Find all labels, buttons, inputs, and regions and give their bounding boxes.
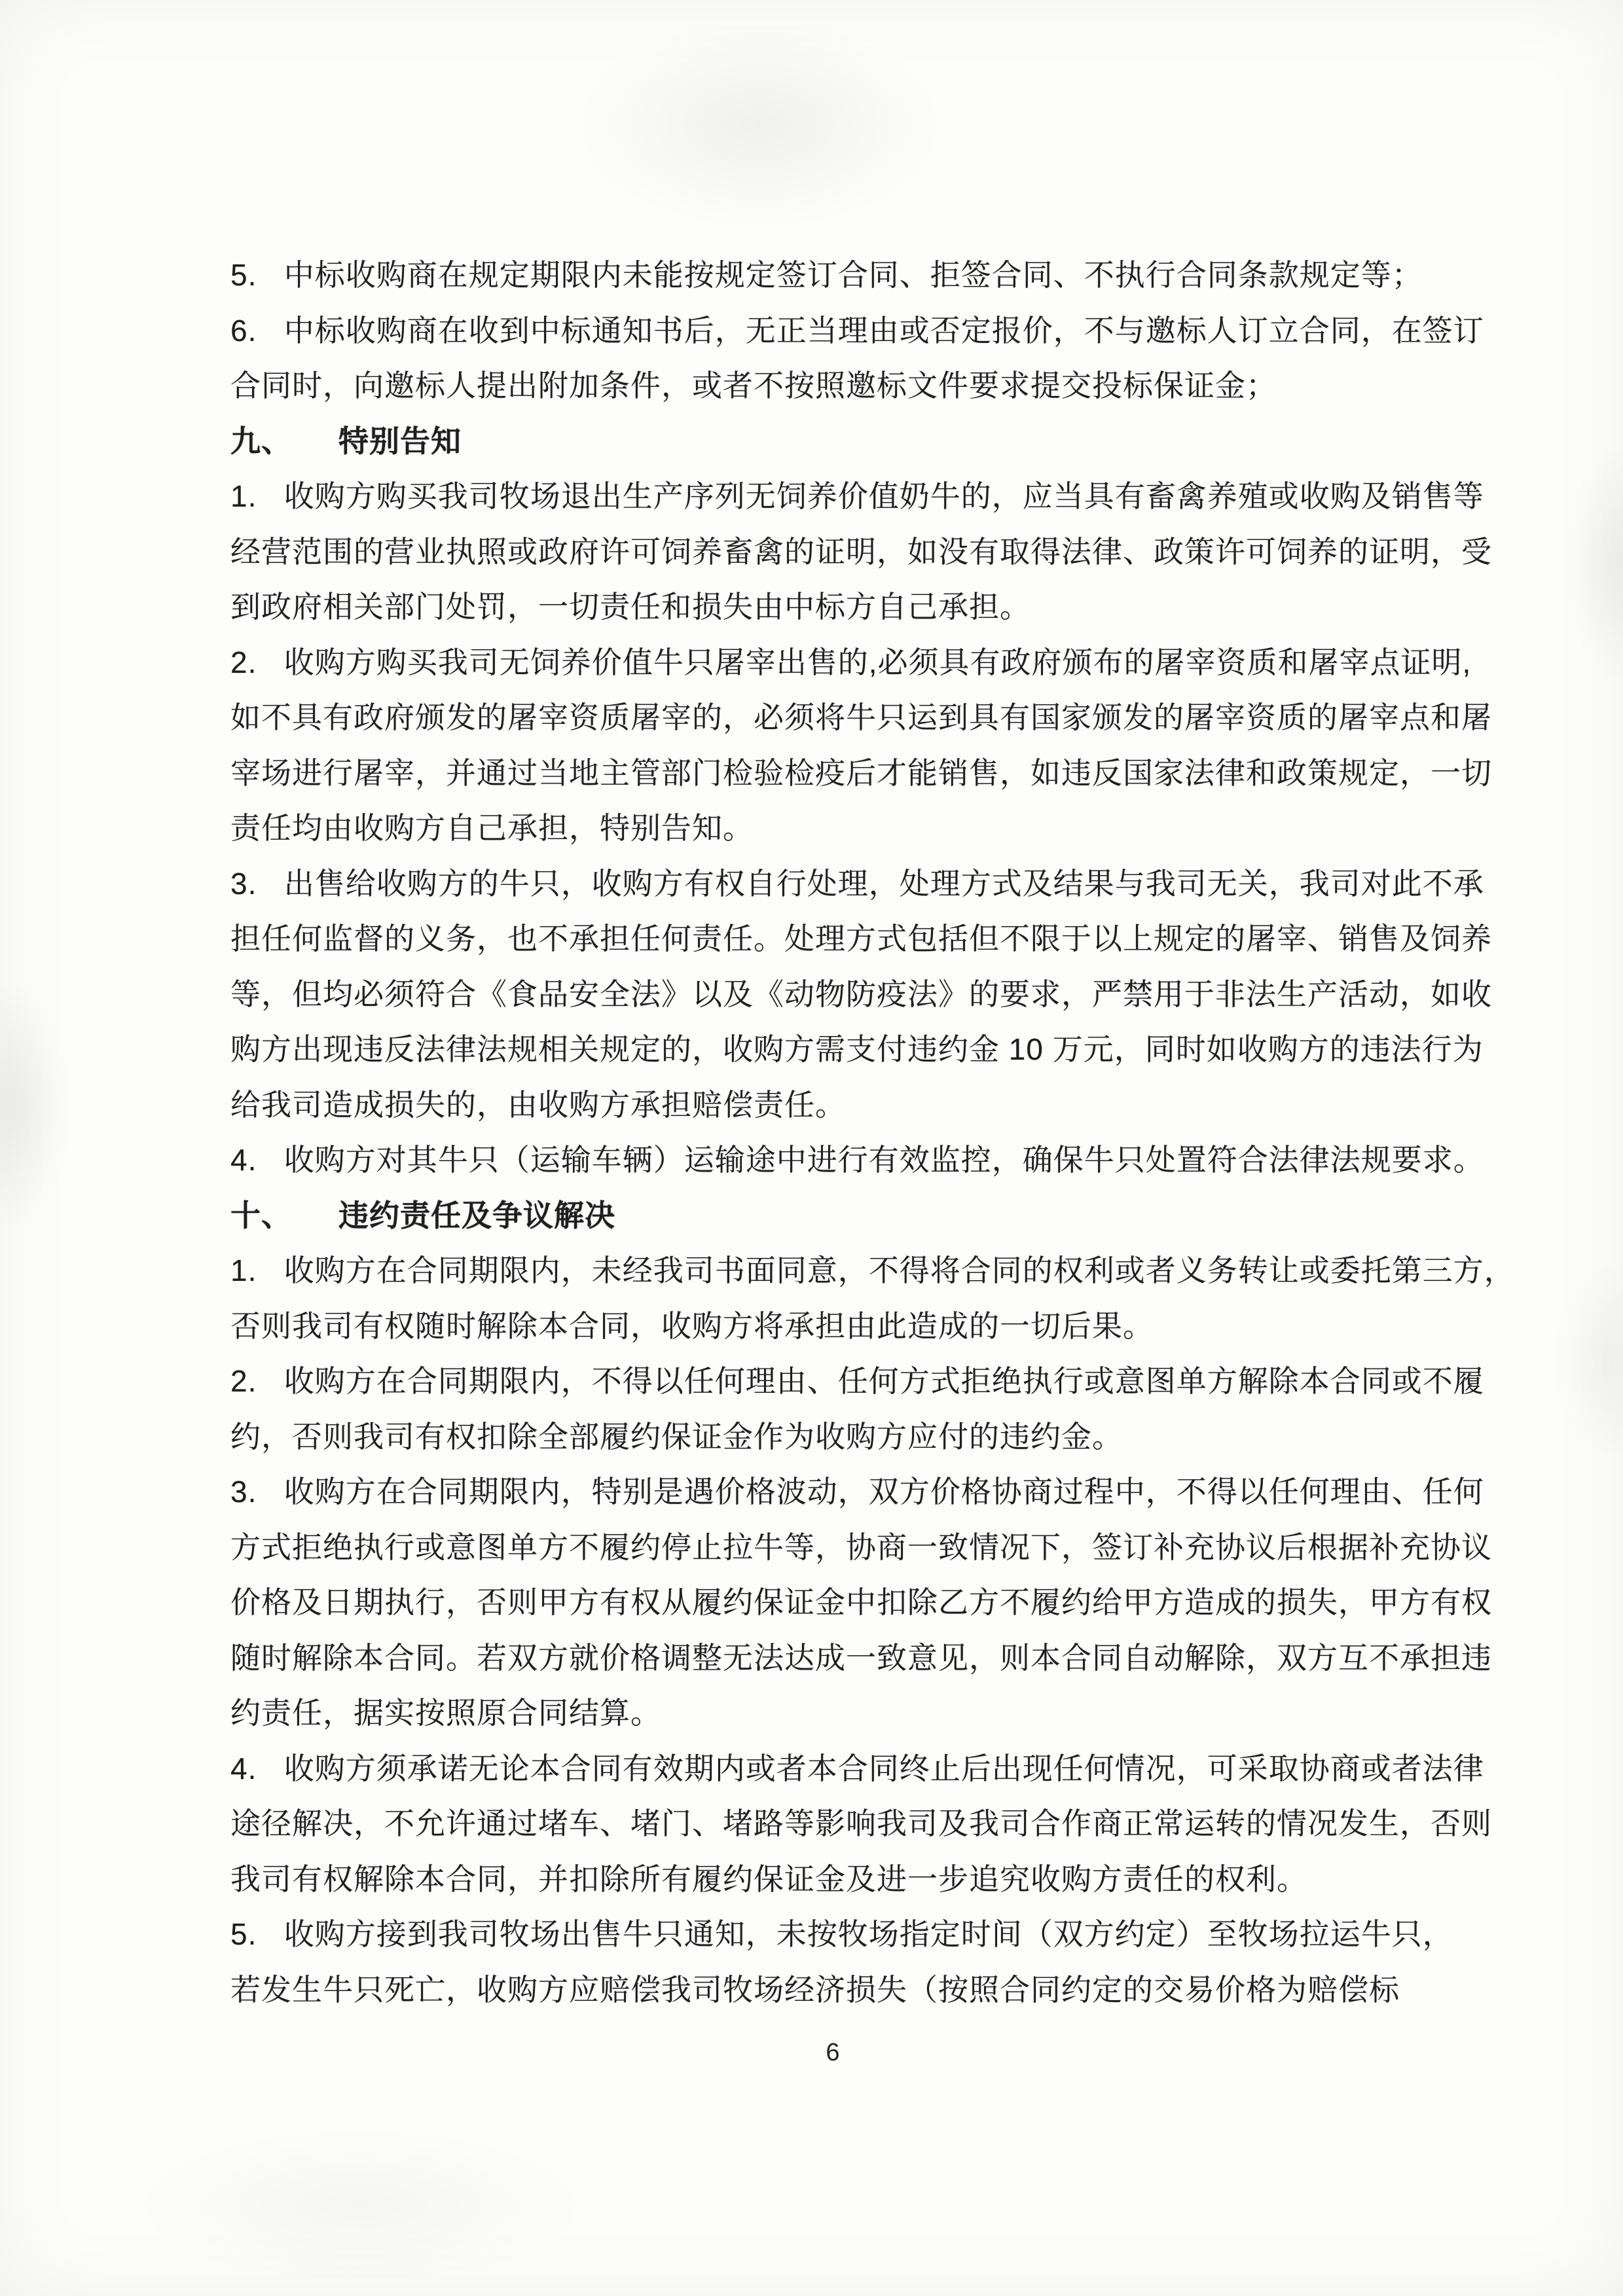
section-heading-breach-liability: 十、 违约责任及争议解决 <box>230 1188 1435 1244</box>
contract-line: 1. 收购方购买我司牧场退出生产序列无饲养价值奶牛的，应当具有畜禽养殖或收购及销… <box>230 469 1435 524</box>
page-number: 6 <box>230 2033 1435 2072</box>
contract-line: 1. 收购方在合同期限内，未经我司书面同意，不得将合同的权利或者义务转让或委托第… <box>230 1243 1435 1299</box>
scan-artifact <box>131 2127 589 2284</box>
contract-text-block: 5. 中标收购商在规定期限内未能按规定签订合同、拒签合同、不执行合同条款规定等；… <box>230 247 1435 2017</box>
scan-artifact <box>576 20 943 229</box>
contract-line: 途径解决，不允许通过堵车、堵门、堵路等影响我司及我司合作商正常运转的情况发生，否… <box>230 1796 1435 1852</box>
contract-line: 5. 收购方接到我司牧场出售牛只通知，未按牧场指定时间（双方约定）至牧场拉运牛只… <box>230 1907 1435 1962</box>
contract-line: 到政府相关部门处罚，一切责任和损失由中标方自己承担。 <box>230 579 1435 635</box>
contract-line: 约责任，据实按照原合同结算。 <box>230 1685 1435 1741</box>
contract-line: 给我司造成损失的，由收购方承担赔偿责任。 <box>230 1077 1435 1133</box>
contract-line: 责任均由收购方自己承担，特别告知。 <box>230 800 1435 856</box>
contract-line: 我司有权解除本合同，并扣除所有履约保证金及进一步追究收购方责任的权利。 <box>230 1852 1435 1907</box>
scan-artifact <box>1552 1263 1623 1460</box>
contract-line: 若发生牛只死亡，收购方应赔偿我司牧场经济损失（按照合同约定的交易价格为赔偿标 <box>230 1962 1435 2018</box>
scanned-contract-page: 5. 中标收购商在规定期限内未能按规定签订合同、拒签合同、不执行合同条款规定等；… <box>0 0 1623 2296</box>
contract-line: 3. 收购方在合同期限内，特别是遇价格波动，双方价格协商过程中，不得以任何理由、… <box>230 1464 1435 1520</box>
contract-line: 2. 收购方在合同期限内，不得以任何理由、任何方式拒绝执行或意图单方解除本合同或… <box>230 1354 1435 1409</box>
contract-line: 等，但均必须符合《食品安全法》以及《动物防疫法》的要求，严禁用于非法生产活动，如… <box>230 967 1435 1022</box>
contract-line: 宰场进行屠宰，并通过当地主管部门检验检疫后才能销售，如违反国家法律和政策规定，一… <box>230 745 1435 801</box>
scan-artifact <box>1565 445 1623 681</box>
contract-line: 6. 中标收购商在收到中标通知书后，无正当理由或否定报价，不与邀标人订立合同，在… <box>230 303 1435 359</box>
contract-line: 3. 出售给收购方的牛只，收购方有权自行处理，处理方式及结果与我司无关，我司对此… <box>230 856 1435 912</box>
contract-line: 否则我司有权随时解除本合同，收购方将承担由此造成的一切后果。 <box>230 1299 1435 1354</box>
contract-line: 4. 收购方对其牛只（运输车辆）运输途中进行有效监控，确保牛只处置符合法律法规要… <box>230 1132 1435 1188</box>
contract-line: 合同时，向邀标人提出附加条件，或者不按照邀标文件要求提交投标保证金； <box>230 358 1435 414</box>
contract-line: 担任何监督的义务，也不承担任何责任。处理方式包括但不限于以上规定的屠宰、销售及饲… <box>230 911 1435 967</box>
contract-line: 购方出现违反法律法规相关规定的，收购方需支付违约金 10 万元，同时如收购方的违… <box>230 1022 1435 1077</box>
contract-line: 方式拒绝执行或意图单方不履约停止拉牛等，协商一致情况下，签订补充协议后根据补充协… <box>230 1520 1435 1575</box>
contract-line: 约，否则我司有权扣除全部履约保证金作为收购方应付的违约金。 <box>230 1409 1435 1465</box>
contract-line: 随时解除本合同。若双方就价格调整无法达成一致意见，则本合同自动解除，双方互不承担… <box>230 1630 1435 1686</box>
section-heading-special-notice: 九、 特别告知 <box>230 414 1435 469</box>
contract-line: 价格及日期执行，否则甲方有权从履约保证金中扣除乙方不履约给甲方造成的损失，甲方有… <box>230 1575 1435 1630</box>
contract-line: 5. 中标收购商在规定期限内未能按规定签订合同、拒签合同、不执行合同条款规定等； <box>230 247 1435 303</box>
contract-line: 如不具有政府颁发的屠宰资质屠宰的，必须将牛只运到具有国家颁发的屠宰资质的屠宰点和… <box>230 690 1435 745</box>
contract-line: 经营范围的营业执照或政府许可饲养畜禽的证明，如没有取得法律、政策许可饲养的证明，… <box>230 524 1435 580</box>
contract-line: 2. 收购方购买我司无饲养价值牛只屠宰出售的,必须具有政府颁布的屠宰资质和屠宰点… <box>230 635 1435 691</box>
contract-line: 4. 收购方须承诺无论本合同有效期内或者本合同终止后出现任何情况，可采取协商或者… <box>230 1741 1435 1797</box>
scan-artifact <box>0 982 72 1230</box>
